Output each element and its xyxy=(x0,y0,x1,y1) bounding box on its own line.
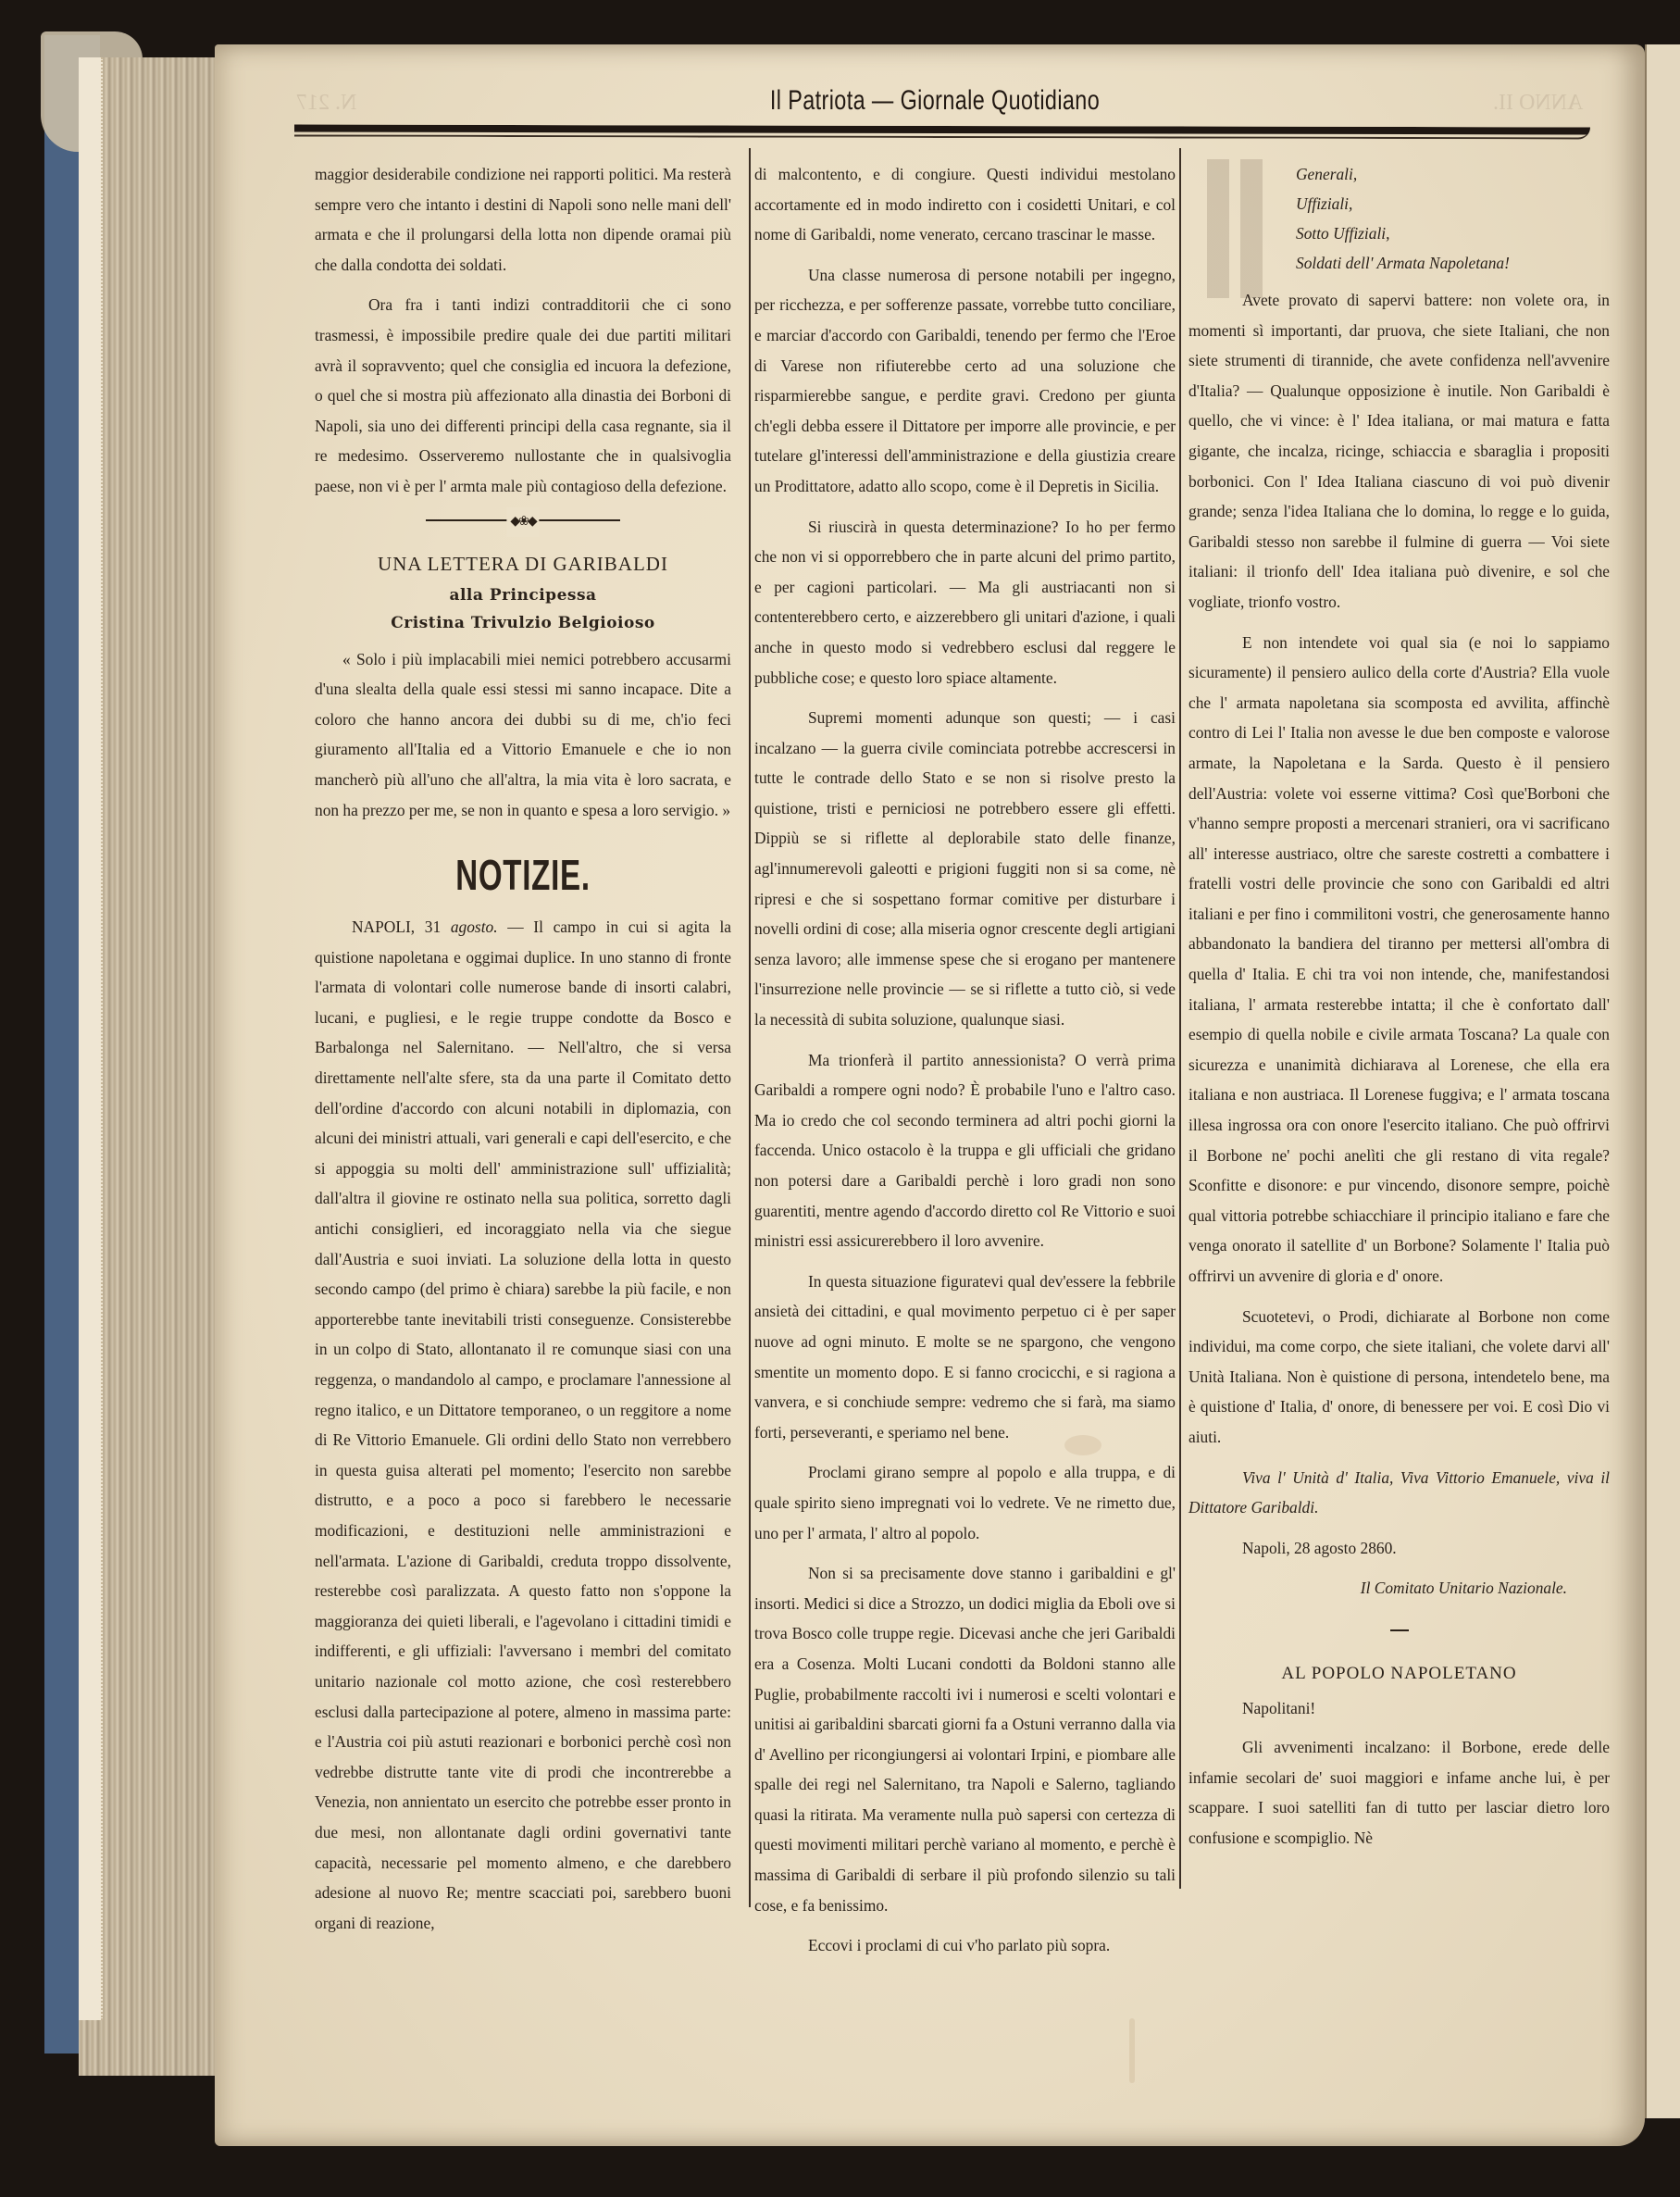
paragraph: Gli avvenimenti incalzano: il Borbone, e… xyxy=(1188,1732,1610,1853)
dateline-date: agosto. xyxy=(451,917,498,936)
paragraph: Eccovi i proclami di cui v'ho parlato pi… xyxy=(754,1930,1176,1961)
paragraph: Si riuscirà in questa determinazione? Io… xyxy=(754,512,1176,693)
viva-line: Viva l' Unità d' Italia, Viva Vittorio E… xyxy=(1188,1463,1610,1523)
article-subtitle: alla Principessa xyxy=(315,581,731,609)
paragraph: Supremi momenti adunque son questi; — i … xyxy=(754,703,1176,1035)
next-page-edge xyxy=(1645,44,1680,2118)
bleed-through-text: ANNO II. xyxy=(1493,91,1583,116)
paragraph: In questa situazione figuratevi qual dev… xyxy=(754,1267,1176,1448)
news-text: — Il campo in cui si agita la quistione … xyxy=(315,917,731,1932)
paragraph: Non si sa precisamente dove stanno i gar… xyxy=(754,1558,1176,1920)
paragraph: Ma trionferà il partito annessionista? O… xyxy=(754,1045,1176,1256)
masthead: N. 217 Il Patriota — Giornale Quotidiano… xyxy=(278,85,1592,141)
paragraph: Scuotetevi, o Prodi, dichiarate al Borbo… xyxy=(1188,1302,1610,1453)
article-title: UNA LETTERA DI GARIBALDI xyxy=(315,548,731,580)
news-body: NAPOLI, 31 agosto. — Il campo in cui si … xyxy=(315,912,731,1938)
salutation-line: Generali, xyxy=(1188,159,1610,189)
proclamation-signature: Il Comitato Unitario Nazionale. xyxy=(1188,1573,1610,1604)
masthead-rule xyxy=(294,125,1590,140)
proclamation-title: AL POPOLO NAPOLETANO xyxy=(1188,1659,1610,1690)
paragraph: Proclami girano sempre al popolo e alla … xyxy=(754,1457,1176,1548)
column-middle: di malcontento, e di congiure. Questi in… xyxy=(754,159,1176,1971)
page-stack-front-edge xyxy=(79,57,103,2020)
proclamation-salute: Napolitani! xyxy=(1188,1693,1610,1724)
paragraph: Avete provato di sapervi battere: non vo… xyxy=(1188,285,1610,618)
column-divider xyxy=(1179,148,1181,1889)
article-subtitle: Cristina Trivulzio Belgioioso xyxy=(315,609,731,637)
dateline-city: NAPOLI, 31 xyxy=(352,917,451,936)
article-news: NOTIZIE. NAPOLI, 31 agosto. — Il campo i… xyxy=(315,845,731,1938)
proclamation-to-people: AL POPOLO NAPOLETANO Napolitani! Gli avv… xyxy=(1188,1659,1610,1854)
letter-body: « Solo i più implacabili miei nemici pot… xyxy=(315,644,731,826)
newspaper-title: Il Patriota — Giornale Quotidiano xyxy=(422,85,1448,117)
column-left: maggior desiderabile condizione nei rapp… xyxy=(315,159,731,1948)
proclamation-to-army: Generali, Uffiziali, Sotto Uffiziali, So… xyxy=(1188,159,1610,1604)
bleed-through-text: N. 217 xyxy=(296,91,356,116)
proclamation-dateline: Napoli, 28 agosto 2860. xyxy=(1188,1533,1610,1564)
section-divider xyxy=(1390,1629,1409,1631)
column-divider xyxy=(749,148,751,1907)
salutation-line: Uffiziali, xyxy=(1188,189,1610,218)
article-garibaldi-letter: UNA LETTERA DI GARIBALDI alla Principess… xyxy=(315,548,731,826)
paragraph: E non intendete voi qual sia (e noi lo s… xyxy=(1188,628,1610,1292)
paragraph: maggior desiderabile condizione nei rapp… xyxy=(315,159,731,280)
ornamental-divider xyxy=(426,515,620,526)
salutation-line: Soldati dell' Armata Napoletana! xyxy=(1188,248,1610,278)
paragraph: Una classe numerosa di persone notabili … xyxy=(754,260,1176,502)
paragraph: di malcontento, e di congiure. Questi in… xyxy=(754,159,1176,250)
paper-stain xyxy=(1129,2018,1135,2083)
section-title: NOTIZIE. xyxy=(373,845,673,905)
column-right: Generali, Uffiziali, Sotto Uffiziali, So… xyxy=(1188,159,1610,1864)
paragraph: Ora fra i tanti indizi contradditorii ch… xyxy=(315,290,731,501)
salutation-line: Sotto Uffiziali, xyxy=(1188,218,1610,248)
